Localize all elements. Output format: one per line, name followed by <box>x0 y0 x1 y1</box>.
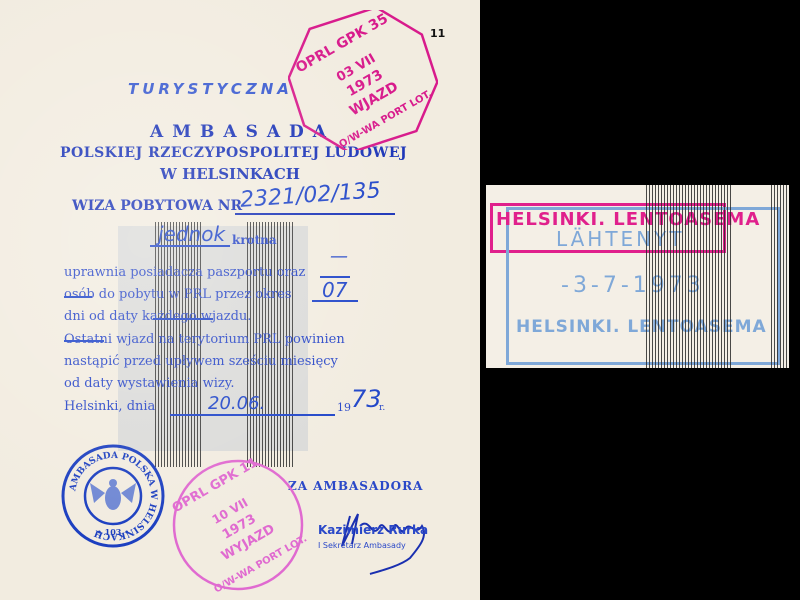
body-line-3: dni od daty każdego wjazdu. <box>64 309 251 324</box>
year-unit: r. <box>379 403 385 413</box>
period-underline <box>312 300 358 302</box>
place-date-label: Helsinki, dnia <box>64 399 155 414</box>
finnish-departure-stamp: HELSINKI. LENTOASEMA LÄHTENYT -3-7-1973 … <box>486 185 789 368</box>
year-prefix: 19 <box>337 401 351 414</box>
persons-value: — <box>330 246 348 267</box>
visa-type: TURYSTYCZNA <box>128 80 293 98</box>
body-line-5: nastąpić przed upływem sześciu miesięcy <box>64 354 338 369</box>
entries-underline <box>150 245 230 247</box>
body-line-2: osób do pobytu w PRL przez okres <box>64 287 292 302</box>
embassy-seal-stamp: AMBASADA POLSKA W HELSINKACH • 103 • <box>60 443 166 549</box>
visa-number-value: 2321/02/135 <box>239 178 381 213</box>
stamp-hatch-1 <box>646 185 731 368</box>
date-underline <box>170 414 335 416</box>
body-line-2-text: osób do pobytu w PRL przez okres <box>64 287 292 302</box>
strike-osob <box>64 296 92 298</box>
body-line-4: Ostatni wjazd na terytorium PRL powinien <box>64 332 345 347</box>
signatory-title: I Sekretarz Ambasady <box>318 541 406 550</box>
entries-value: jednok <box>158 222 225 246</box>
visa-number-underline <box>235 213 395 215</box>
svg-text:• 103 •: • 103 • <box>97 527 130 537</box>
strike-ostatni <box>64 340 104 342</box>
entry-stamp-top: OPRL GPK 35 03 VII 1973 WJAZD O/W-WA POR… <box>288 10 438 150</box>
body-line-1: uprawnia posiadacza paszportu oraz <box>64 265 305 280</box>
body-line-6: od daty wystawienia wizy. <box>64 376 234 391</box>
embassy-city: W HELSINKACH <box>160 165 300 183</box>
signatory-name: Kazimierz Rurka <box>318 523 428 537</box>
entries-label: krotna <box>232 233 277 247</box>
strike-kazdego <box>153 318 213 320</box>
visa-page: 11 TURYSTYCZNA AMBASADA POLSKIEJ RZECZYP… <box>0 0 480 600</box>
exit-stamp-bottom: OPRL GPK 11 10 VII 1973 WYJAZD O/W-WA PO… <box>168 455 308 595</box>
year-suffix: 73 <box>351 385 382 413</box>
date-value: 20.06. <box>208 393 265 414</box>
stamp-hatch-2 <box>771 185 789 368</box>
period-value: 07 <box>322 278 347 302</box>
visa-number-label: WIZA POBYTOWA NR <box>72 198 242 214</box>
